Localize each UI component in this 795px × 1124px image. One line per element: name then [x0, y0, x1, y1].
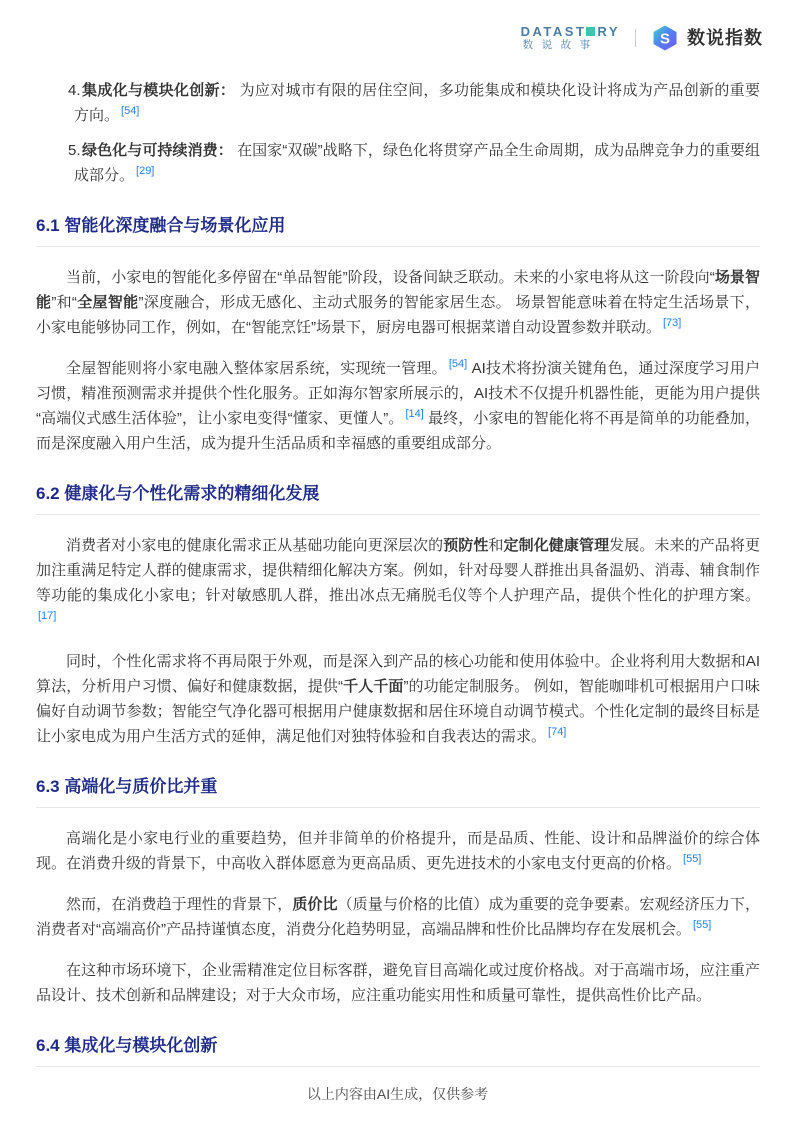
- citation-link[interactable]: [73]: [661, 317, 681, 329]
- citation-link[interactable]: [54]: [119, 105, 139, 117]
- citation-link[interactable]: [29]: [134, 165, 154, 177]
- bold-text: 全屋智能: [77, 294, 139, 311]
- paragraph: 消费者对小家电的健康化需求正从基础功能向更深层次的预防性和定制化健康管理发展。未…: [36, 533, 760, 633]
- paragraph: 在这种市场环境下，企业需精准定位目标客群，避免盲目高端化或过度价格战。对于高端市…: [36, 958, 760, 1008]
- paragraph: 高端化是小家电行业的重要趋势，但并非简单的价格提升，而是品质、性能、设计和品牌溢…: [36, 826, 760, 876]
- section-heading: 6.3 高端化与质价比并重: [36, 775, 760, 808]
- datastory-square-icon: [586, 27, 595, 36]
- section-heading: 6.1 智能化深度融合与场景化应用: [36, 214, 760, 247]
- paragraph: 然而，在消费趋于理性的背景下，质价比（质量与价格的比值）成为重要的竞争要素。宏观…: [36, 892, 760, 942]
- document-content: 4.集成化与模块化创新： 为应对城市有限的居住空间，多功能集成和模块化设计将成为…: [36, 78, 760, 1085]
- list-item-title: 绿色化与可持续消费：: [82, 142, 233, 159]
- list-number: 4.: [68, 78, 81, 103]
- bold-text: 预防性: [443, 537, 488, 554]
- datastory-wordmark-right: RY: [597, 25, 620, 38]
- text-run: 和: [488, 537, 503, 554]
- citation-link[interactable]: [55]: [681, 853, 701, 865]
- datastory-logo: DATAST RY 数说故事: [521, 25, 620, 51]
- header-divider: [635, 29, 636, 47]
- sections: 6.1 智能化深度融合与场景化应用当前，小家电的智能化多停留在“单品智能”阶段，…: [36, 214, 760, 1067]
- bold-text: 定制化健康管理: [504, 537, 610, 554]
- section-heading: 6.4 集成化与模块化创新: [36, 1034, 760, 1067]
- text-run: 当前，小家电的智能化多停留在“单品智能”阶段，设备间缺乏联动。未来的小家电将从这…: [66, 269, 715, 286]
- text-run: 消费者对小家电的健康化需求正从基础功能向更深层次的: [66, 537, 443, 554]
- text-run: 在这种市场环境下，企业需精准定位目标客群，避免盲目高端化或过度价格战。对于高端市…: [36, 962, 760, 1004]
- ai-disclaimer: 以上内容由AI生成，仅供参考: [0, 1084, 795, 1104]
- paragraph: 当前，小家电的智能化多停留在“单品智能”阶段，设备间缺乏联动。未来的小家电将从这…: [36, 265, 760, 340]
- citation-link[interactable]: [54]: [447, 358, 467, 370]
- datastory-wordmark-left: DATAST: [521, 25, 587, 38]
- datastory-chinese-name: 数说故事: [523, 40, 620, 51]
- bold-text: 质价比: [292, 896, 337, 913]
- list-number: 5.: [68, 138, 81, 163]
- list-item: 4.集成化与模块化创新： 为应对城市有限的居住空间，多功能集成和模块化设计将成为…: [36, 78, 760, 128]
- numbered-list: 4.集成化与模块化创新： 为应对城市有限的居住空间，多功能集成和模块化设计将成为…: [36, 78, 760, 188]
- citation-link[interactable]: [14]: [403, 408, 423, 420]
- citation-link[interactable]: [74]: [546, 726, 566, 738]
- text-run: ”和“: [51, 294, 77, 311]
- svg-text:S: S: [660, 31, 670, 48]
- shuoshuo-index-label: 数说指数: [687, 29, 763, 47]
- page-header: DATAST RY 数说故事 S 数说指数: [521, 24, 763, 52]
- section: 6.4 集成化与模块化创新: [36, 1034, 760, 1067]
- section-heading: 6.2 健康化与个性化需求的精细化发展: [36, 482, 760, 515]
- text-run: ”深度融合，形成无感化、主动式服务的智能家居生态。 场景智能意味着在特定生活场景…: [36, 294, 760, 336]
- citation-link[interactable]: [55]: [691, 919, 711, 931]
- section: 6.2 健康化与个性化需求的精细化发展消费者对小家电的健康化需求正从基础功能向更…: [36, 482, 760, 749]
- section: 6.3 高端化与质价比并重高端化是小家电行业的重要趋势，但并非简单的价格提升，而…: [36, 775, 760, 1008]
- text-run: 全屋智能则将小家电融入整体家居系统，实现统一管理。: [66, 360, 447, 377]
- shuoshuo-index-logo: S 数说指数: [651, 24, 763, 52]
- section: 6.1 智能化深度融合与场景化应用当前，小家电的智能化多停留在“单品智能”阶段，…: [36, 214, 760, 456]
- text-run: 高端化是小家电行业的重要趋势，但并非简单的价格提升，而是品质、性能、设计和品牌溢…: [36, 830, 760, 872]
- list-item-title: 集成化与模块化创新：: [82, 82, 235, 99]
- datastory-wordmark: DATAST RY: [521, 25, 620, 38]
- list-item: 5.绿色化与可持续消费： 在国家“双碳”战略下，绿色化将贯穿产品全生命周期，成为…: [36, 138, 760, 188]
- shuoshuo-index-icon: S: [651, 24, 679, 52]
- paragraph: 全屋智能则将小家电融入整体家居系统，实现统一管理。[54] AI技术将扮演关键角…: [36, 356, 760, 456]
- document-page: DATAST RY 数说故事 S 数说指数 4: [0, 0, 795, 1124]
- paragraph: 同时，个性化需求将不再局限于外观，而是深入到产品的核心功能和使用体验中。企业将利…: [36, 649, 760, 749]
- text-run: 然而，在消费趋于理性的背景下，: [66, 896, 292, 913]
- bold-text: 千人千面: [343, 678, 404, 695]
- citation-link[interactable]: [17]: [36, 610, 56, 622]
